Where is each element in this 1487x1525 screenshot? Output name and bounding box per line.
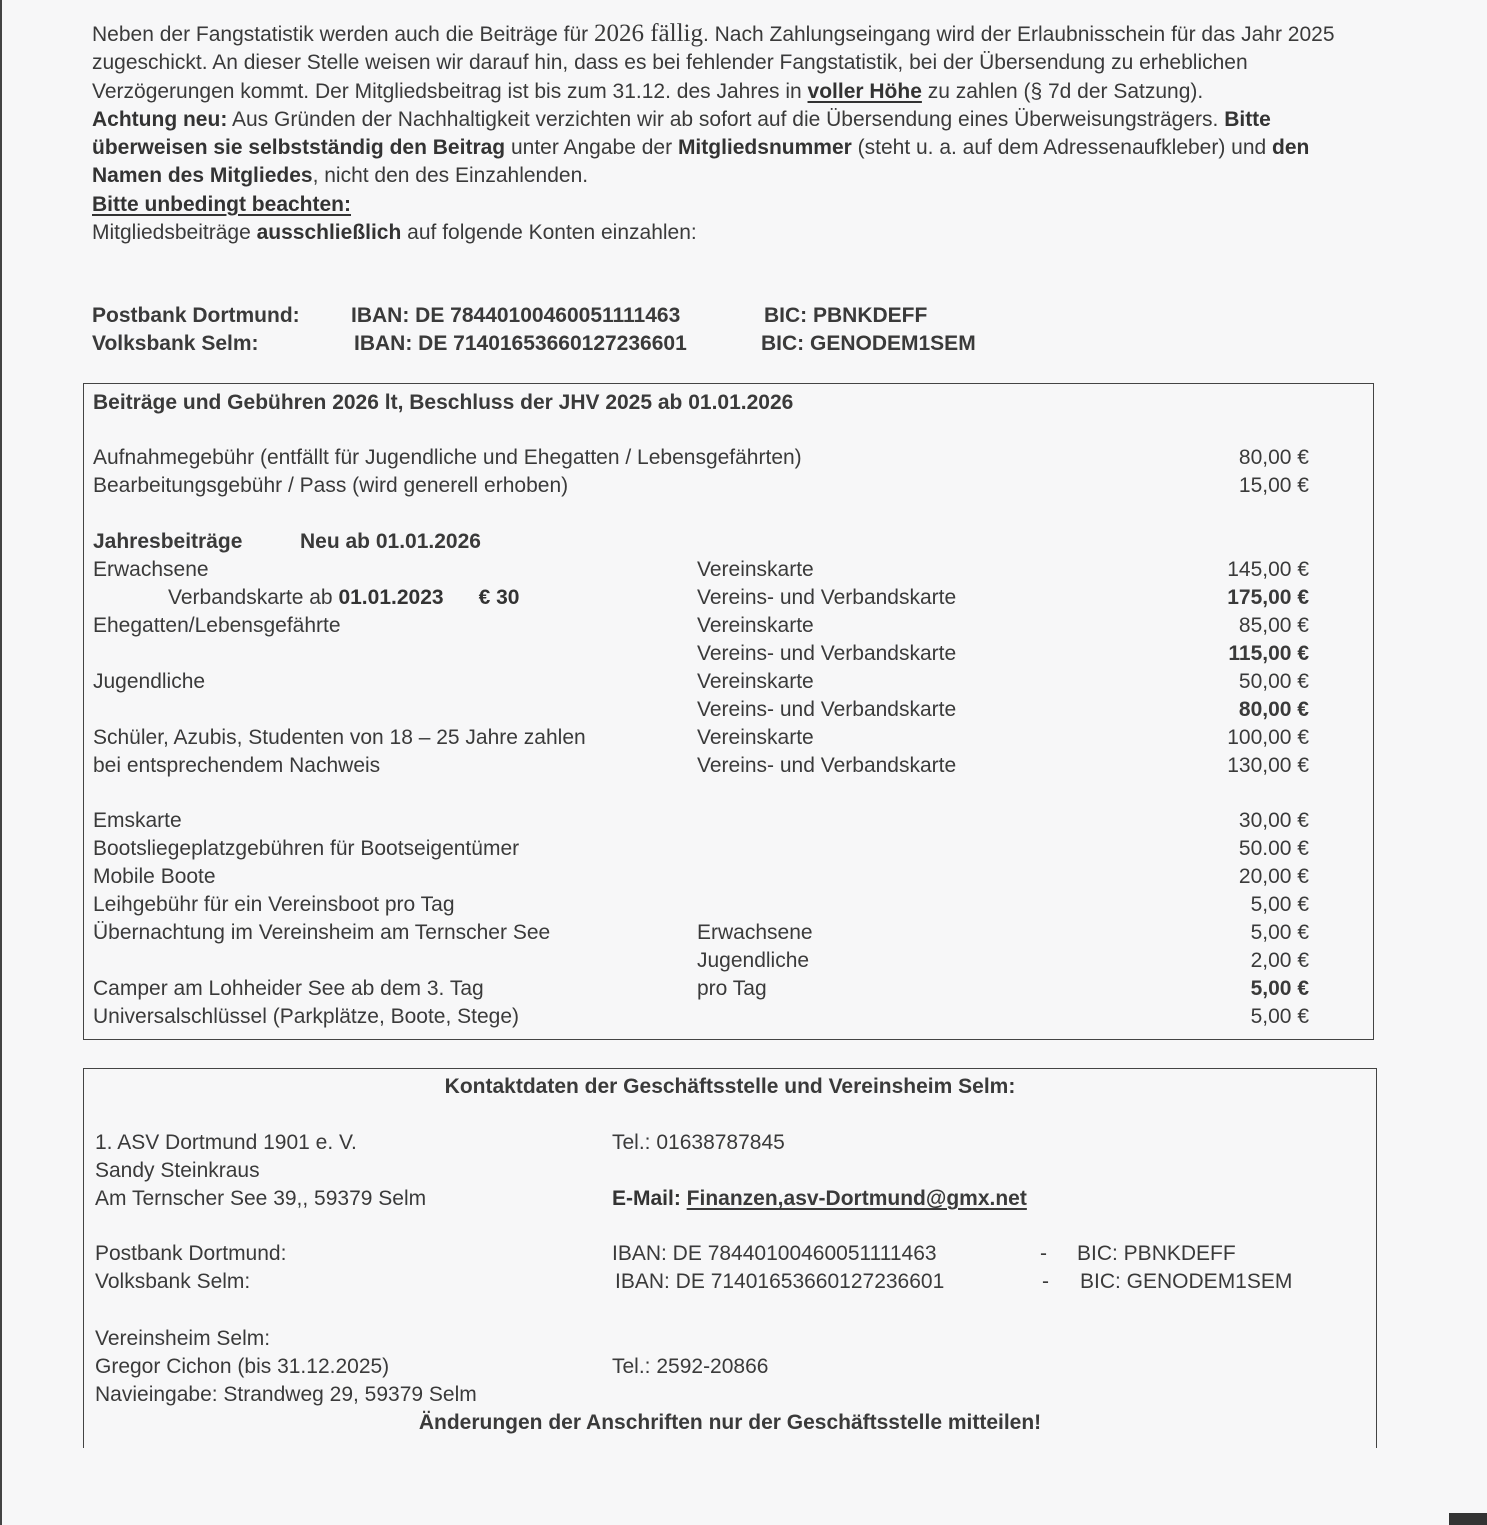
contact-row-navigation: Navieingabe: Strandweg 29, 59379 Selm (84, 1383, 1376, 1411)
intro-text: Neben der Fangstatistik werden auch die … (92, 20, 1372, 247)
contact-row-volksbank: Volksbank Selm: IBAN: DE 714016536601272… (84, 1270, 1376, 1298)
annual-fee-row: ErwachseneVereinskarte145,00 € (84, 558, 1373, 586)
intro-paragraph-notice: Achtung neu: Aus Gründen der Nachhaltigk… (92, 106, 1372, 191)
other-fee-row: Leihgebühr für ein Vereinsboot pro Tag5,… (84, 893, 1373, 921)
contact-row-postbank: Postbank Dortmund: IBAN: DE 784401004600… (84, 1242, 1376, 1270)
annual-fee-row: Vereins- und Verbandskarte115,00 € (84, 642, 1373, 670)
other-fee-row: Camper am Lohheider See ab dem 3. Tagpro… (84, 977, 1373, 1005)
annual-fee-row: bei entsprechendem NachweisVereins- und … (84, 754, 1373, 782)
contact-row-person: Sandy Steinkraus (84, 1159, 1376, 1187)
contact-row-address: Am Ternscher See 39,, 59379 Selm E-Mail:… (84, 1187, 1376, 1215)
fees-table: Beiträge und Gebühren 2026 lt, Beschluss… (83, 383, 1374, 1040)
intro-heading-attention: Bitte unbedingt beachten: (92, 191, 1372, 219)
contact-phone: Tel.: 01638787845 (612, 1131, 785, 1155)
annual-fees-heading: JahresbeiträgeNeu ab 01.01.2026 (84, 530, 1373, 558)
fees-title: Beiträge und Gebühren 2026 lt, Beschluss… (93, 391, 793, 415)
contact-row-clubhouse-person: Gregor Cichon (bis 31.12.2025) Tel.: 259… (84, 1355, 1376, 1383)
intro-paragraph-accounts: Mitgliedsbeiträge ausschließlich auf fol… (92, 219, 1372, 247)
annual-fee-row: Ehegatten/LebensgefährteVereinskarte85,0… (84, 614, 1373, 642)
page-edge (0, 0, 2, 1525)
contact-row-org: 1. ASV Dortmund 1901 e. V. Tel.: 0163878… (84, 1131, 1376, 1159)
address-change-note: Änderungen der Anschriften nur der Gesch… (84, 1411, 1376, 1435)
page-corner-mark (1449, 1513, 1487, 1525)
contact-box: Kontaktdaten der Geschäftsstelle und Ver… (83, 1068, 1377, 1448)
other-fee-row: Übernachtung im Vereinsheim am Ternscher… (84, 921, 1373, 949)
contact-row-clubhouse: Vereinsheim Selm: (84, 1327, 1376, 1355)
other-fee-row: Universalschlüssel (Parkplätze, Boote, S… (84, 1005, 1373, 1033)
annual-fee-row: JugendlicheVereinskarte50,00 € (84, 670, 1373, 698)
other-fee-row: Jugendliche2,00 € (84, 949, 1373, 977)
contact-title: Kontaktdaten der Geschäftsstelle und Ver… (84, 1075, 1376, 1099)
annual-fee-row: Verbandskarte ab 01.01.2023 € 30Vereins-… (84, 586, 1373, 614)
other-fee-row: Bootsliegeplatzgebühren für Bootseigentü… (84, 837, 1373, 865)
annual-fee-row: Schüler, Azubis, Studenten von 18 – 25 J… (84, 726, 1373, 754)
annual-fee-row: Vereins- und Verbandskarte80,00 € (84, 698, 1373, 726)
email-link[interactable]: Finanzen,asv-Dortmund@gmx.net (687, 1187, 1027, 1210)
fee-row: Bearbeitungsgebühr / Pass (wird generell… (84, 474, 1373, 502)
fee-row: Aufnahmegebühr (entfällt für Jugendliche… (84, 446, 1373, 474)
other-fee-row: Mobile Boote20,00 € (84, 865, 1373, 893)
intro-paragraph-payment: Neben der Fangstatistik werden auch die … (92, 20, 1372, 106)
other-fee-row: Emskarte30,00 € (84, 809, 1373, 837)
